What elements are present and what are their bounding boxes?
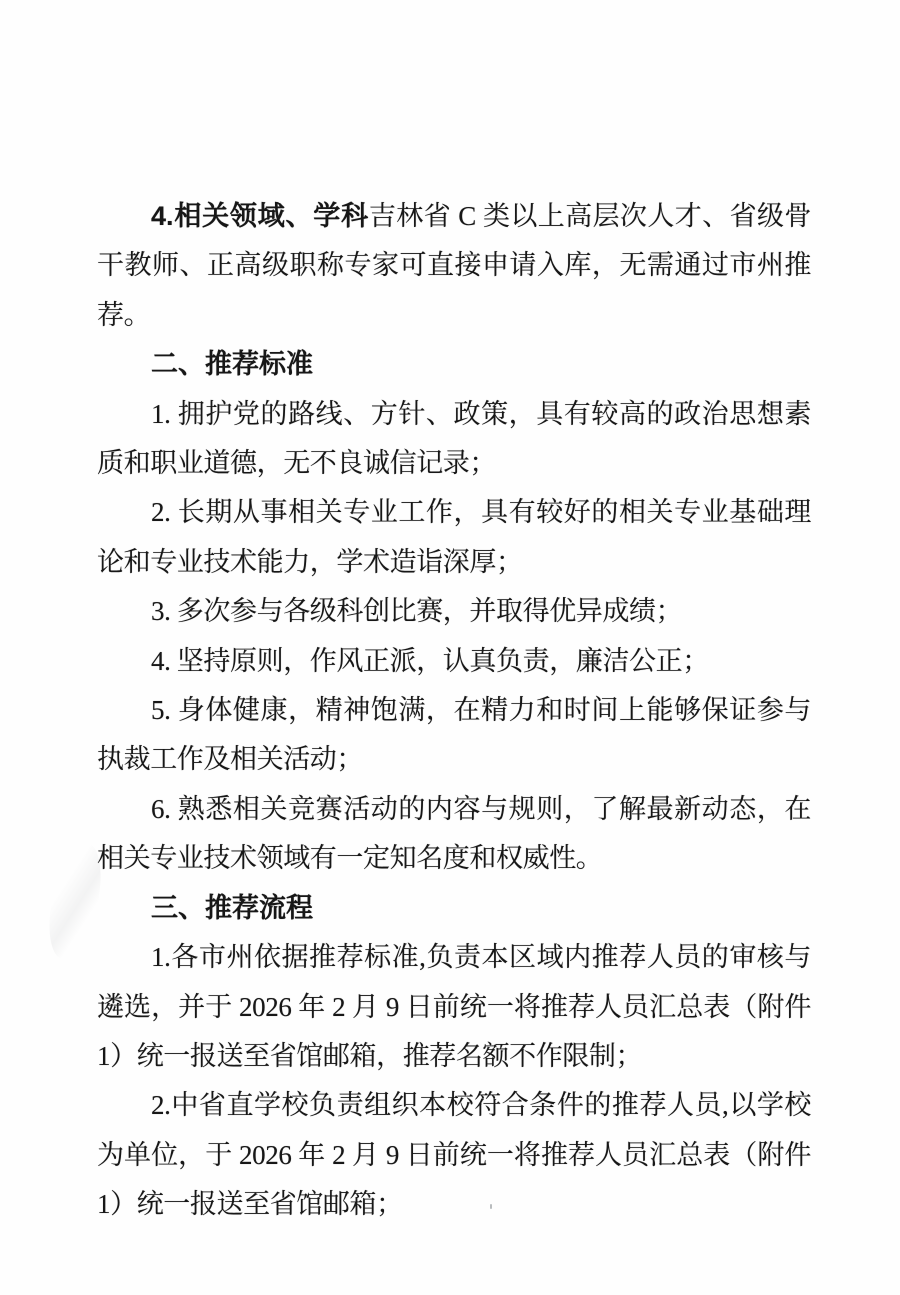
scan-speck-artifact	[490, 1204, 492, 1209]
paragraph: 4. 坚持原则，作风正派，认真负责，廉洁公正；	[97, 637, 811, 686]
text-run: 4.相关领域、学科	[151, 201, 369, 231]
paragraph: 4.相关领域、学科吉林省 C 类以上高层次人才、省级骨干教师、正高级职称专家可直…	[97, 192, 811, 340]
text-run: 5. 身体健康，精神饱满，在精力和时间上能够保证参与执裁工作及相关活动；	[97, 695, 811, 774]
text-run: 2. 长期从事相关专业工作，具有较好的相关专业基础理论和专业技术能力，学术造诣深…	[97, 497, 811, 576]
paragraph: 3. 多次参与各级科创比赛，并取得优异成绩；	[97, 587, 811, 636]
text-run: 1. 拥护党的路线、方针、政策，具有较高的政治思想素质和职业道德，无不良诚信记录…	[97, 399, 811, 478]
paragraph: 1.各市州依据推荐标准,负责本区域内推荐人员的审核与遴选，并于 2026 年 2…	[97, 933, 811, 1081]
scanned-document-page: 4.相关领域、学科吉林省 C 类以上高层次人才、省级骨干教师、正高级职称专家可直…	[0, 0, 900, 1295]
paragraph: 2.中省直学校负责组织本校符合条件的推荐人员,以学校为单位，于 2026 年 2…	[97, 1081, 811, 1229]
document-body: 4.相关领域、学科吉林省 C 类以上高层次人才、省级骨干教师、正高级职称专家可直…	[97, 192, 811, 1230]
text-run: 6. 熟悉相关竞赛活动的内容与规则，了解最新动态，在相关专业技术领域有一定知名度…	[97, 794, 811, 873]
text-run: 3. 多次参与各级科创比赛，并取得优异成绩；	[151, 596, 682, 626]
text-run: 1.各市州依据推荐标准,负责本区域内推荐人员的审核与遴选，并于 2026 年 2…	[97, 942, 811, 1071]
paragraph: 5. 身体健康，精神饱满，在精力和时间上能够保证参与执裁工作及相关活动；	[97, 686, 811, 785]
paragraph: 2. 长期从事相关专业工作，具有较好的相关专业基础理论和专业技术能力，学术造诣深…	[97, 488, 811, 587]
text-run: 三、推荐流程	[151, 893, 313, 923]
text-run: 2.中省直学校负责组织本校符合条件的推荐人员,以学校为单位，于 2026 年 2…	[97, 1090, 811, 1219]
text-run: 4. 坚持原则，作风正派，认真负责，廉洁公正；	[151, 646, 709, 676]
section-heading: 二、推荐标准	[97, 340, 811, 389]
section-heading: 三、推荐流程	[97, 884, 811, 933]
text-run: 二、推荐标准	[151, 349, 313, 379]
paragraph: 6. 熟悉相关竞赛活动的内容与规则，了解最新动态，在相关专业技术领域有一定知名度…	[97, 785, 811, 884]
paragraph: 1. 拥护党的路线、方针、政策，具有较高的政治思想素质和职业道德，无不良诚信记录…	[97, 390, 811, 489]
